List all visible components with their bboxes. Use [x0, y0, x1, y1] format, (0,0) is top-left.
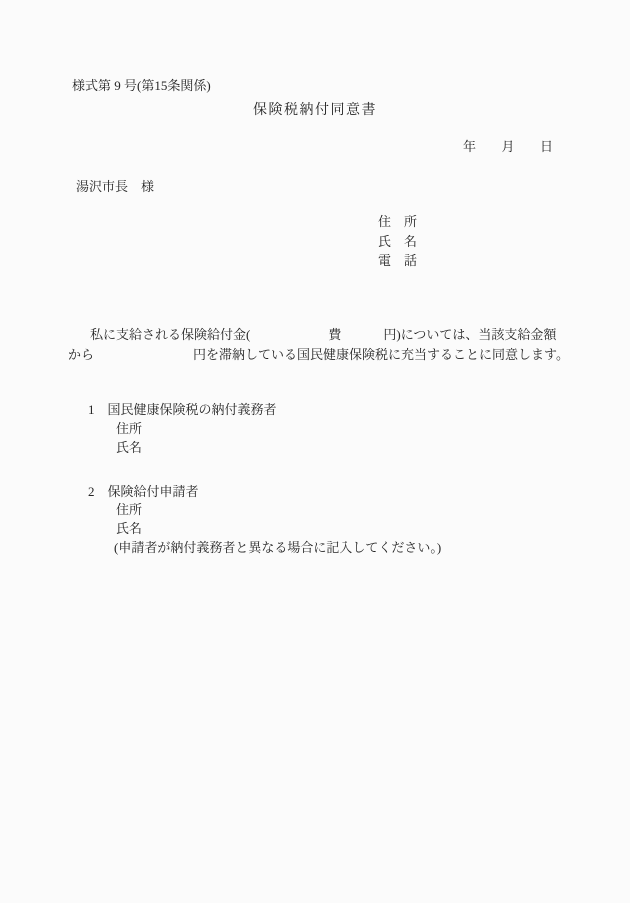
date-year-label: 年 [463, 140, 476, 153]
section2-note: (申請者が納付義務者と異なる場合に記入してください。) [114, 541, 441, 554]
applicant-address-label: 住 所 [378, 215, 417, 235]
benefit-type-blank [250, 338, 328, 339]
applicant-name-label: 氏 名 [378, 235, 417, 255]
arrears-amount-blank [94, 358, 193, 359]
page-title: 保険税納付同意書 [0, 104, 630, 118]
section2-number: 2 [88, 484, 95, 499]
applicant-contact-block: 住 所 氏 名 電 話 [378, 215, 417, 274]
consent-line1-fee: 費 [328, 327, 341, 342]
benefit-amount-blank [341, 338, 383, 339]
consent-form-page: 様式第 9 号(第15条関係) 保険税納付同意書 年 月 日 湯沢市長 様 住 … [0, 0, 630, 903]
addressee: 湯沢市長 様 [76, 180, 154, 193]
form-number: 様式第 9 号(第15条関係) [72, 79, 211, 92]
consent-line1-tail: 円)については、当該支給金額 [383, 327, 556, 342]
section1-name-label: 氏名 [116, 441, 142, 454]
date-line: 年 月 日 [463, 140, 553, 153]
section2-heading: 2保険給付申請者 [88, 485, 199, 498]
section2-title: 保険給付申請者 [108, 484, 199, 499]
consent-line2-tail: 円を滞納している国民健康保険税に充当することに同意します。 [193, 347, 569, 362]
date-day-label: 日 [540, 140, 553, 153]
consent-paragraph-line2: から円を滞納している国民健康保険税に充当することに同意します。 [68, 348, 569, 361]
consent-line1-lead: 私に支給される保険給付金( [90, 327, 250, 342]
section2-address-label: 住所 [116, 503, 142, 516]
consent-line2-lead: から [68, 347, 94, 362]
section1-address-label: 住所 [116, 422, 142, 435]
date-month-label: 月 [501, 140, 514, 153]
applicant-phone-label: 電 話 [378, 254, 417, 274]
consent-paragraph-line1: 私に支給される保険給付金(費円)については、当該支給金額 [68, 328, 556, 341]
section1-heading: 1国民健康保険税の納付義務者 [88, 403, 277, 416]
section1-title: 国民健康保険税の納付義務者 [108, 402, 277, 417]
section2-name-label: 氏名 [116, 522, 142, 535]
section1-number: 1 [88, 402, 95, 417]
paragraph-indent [68, 338, 90, 339]
